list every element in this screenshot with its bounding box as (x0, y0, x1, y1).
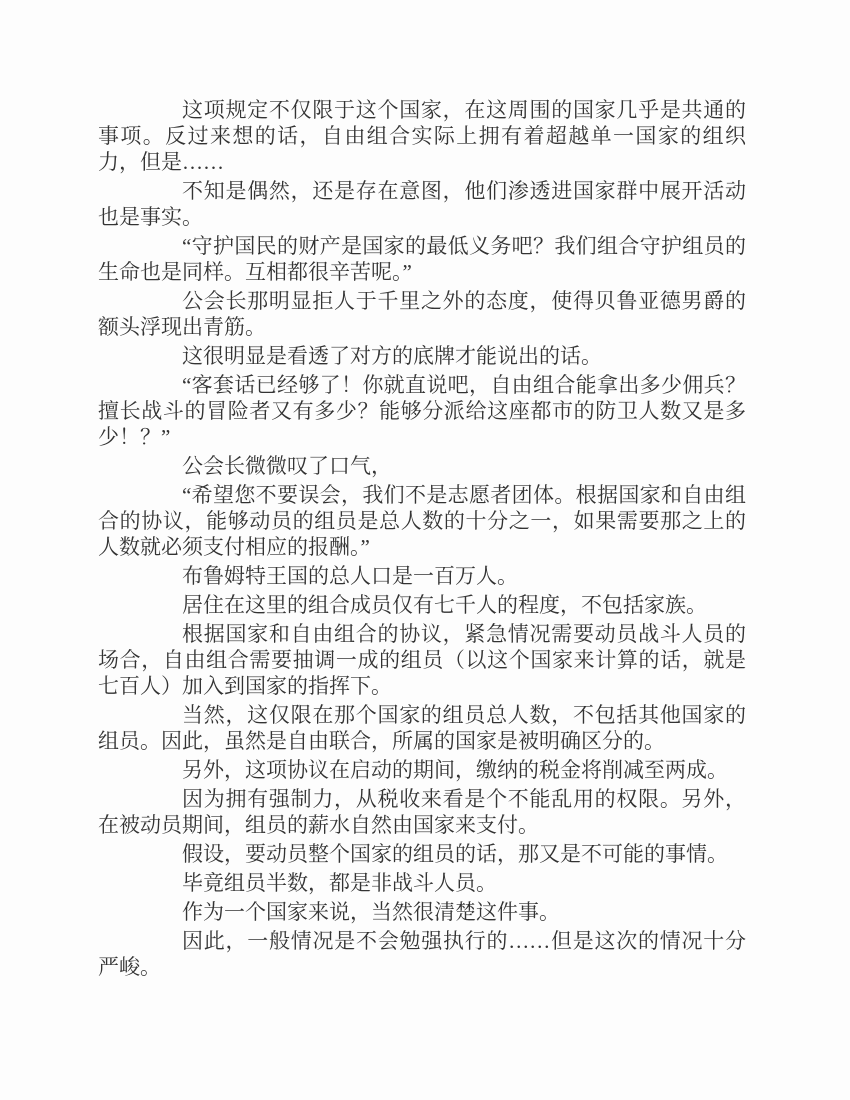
paragraph: 根据国家和自由组合的协议，紧急情况需要动员战斗人员的场合，自由组合需要抽调一成的… (98, 621, 746, 699)
paragraph: 这很明显是看透了对方的底牌才能说出的话。 (98, 343, 746, 369)
paragraph: 因此，一般情况是不会勉强执行的……但是这次的情况十分严峻。 (98, 928, 746, 980)
paragraph: 假设，要动员整个国家的组员的话，那又是不可能的事情。 (98, 841, 746, 867)
document-page: 这项规定不仅限于这个国家，在这周围的国家几乎是共通的事项。反过来想的话，自由组合… (0, 0, 850, 1100)
paragraph-dialogue: “客套话已经够了！你就直说吧，自由组合能拿出多少佣兵？擅长战斗的冒险者又有多少？… (98, 372, 746, 450)
paragraph-dialogue: “希望您不要误会，我们不是志愿者团体。根据国家和自由组合的协议，能够动员的组员是… (98, 482, 746, 560)
paragraph: 公会长微微叹了口气， (98, 453, 746, 479)
paragraph: 布鲁姆特王国的总人口是一百万人。 (98, 563, 746, 589)
paragraph: 当然，这仅限在那个国家的组员总人数，不包括其他国家的组员。因此，虽然是自由联合，… (98, 702, 746, 754)
text-block: 这项规定不仅限于这个国家，在这周围的国家几乎是共通的事项。反过来想的话，自由组合… (98, 97, 746, 983)
paragraph: 毕竟组员半数，都是非战斗人员。 (98, 870, 746, 896)
paragraph: 作为一个国家来说，当然很清楚这件事。 (98, 899, 746, 925)
paragraph: 公会长那明显拒人于千里之外的态度，使得贝鲁亚德男爵的额头浮现出青筋。 (98, 288, 746, 340)
paragraph: 不知是偶然，还是存在意图，他们渗透进国家群中展开活动也是事实。 (98, 178, 746, 230)
paragraph: 另外，这项协议在启动的期间，缴纳的税金将削减至两成。 (98, 757, 746, 783)
paragraph-dialogue: “守护国民的财产是国家的最低义务吧？我们组合守护组员的生命也是同样。互相都很辛苦… (98, 233, 746, 285)
paragraph: 这项规定不仅限于这个国家，在这周围的国家几乎是共通的事项。反过来想的话，自由组合… (98, 97, 746, 175)
paragraph: 居住在这里的组合成员仅有七千人的程度，不包括家族。 (98, 592, 746, 618)
paragraph: 因为拥有强制力，从税收来看是个不能乱用的权限。另外，在被动员期间，组员的薪水自然… (98, 786, 746, 838)
